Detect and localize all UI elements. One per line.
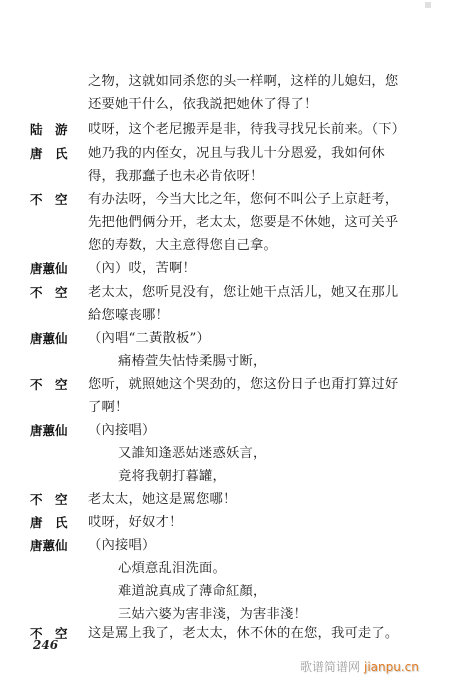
speaker-name: 唐蕙仙 xyxy=(30,329,86,349)
dialogue-text: 哎呀，这个老尼搬弄是非，待我寻找兄长前来。（下） xyxy=(88,120,405,140)
speaker-name: 唐 氏 xyxy=(30,144,86,164)
dialogue-text: （內）哎，苦啊！ xyxy=(88,259,196,279)
dialogue-text: 了啊！ xyxy=(88,398,129,418)
sung-lyric-text: 心煩意乱泪洗面。 xyxy=(118,559,226,579)
dialogue-text: 您听，就照她这个哭劲的，您这份日子也甭打算过好 xyxy=(88,375,398,395)
dialogue-text: 哎呀，好奴才！ xyxy=(88,513,182,533)
dialogue-text: 老太太，您听見没有，您让她干点活儿，她又在那儿 xyxy=(88,283,398,303)
dialogue-text: 还要她干什么，依我説把她休了得了！ xyxy=(88,95,317,115)
sung-lyric-text: 竟将我朝打暮罐， xyxy=(118,467,226,487)
dialogue-text: 您的寿数，大主意得您自己拿。 xyxy=(88,236,277,256)
speaker-name: 不 空 xyxy=(30,375,86,395)
sung-lyric-text: 痛椿萱失怙恃柔腸寸断， xyxy=(118,352,266,372)
dialogue-text: 先把他們俩分开，老太太，您要是不休她，这可关乎 xyxy=(88,213,398,233)
dialogue-text: 得，我那蠢子也未必肯依呀！ xyxy=(88,167,263,187)
dialogue-text: 之物，这就如同杀您的头一样啊，这样的儿媳妇，您 xyxy=(88,72,398,92)
speaker-name: 唐 氏 xyxy=(30,513,86,533)
sung-lyric-text: 又誰知逢恶姑迷惑妖言， xyxy=(118,444,266,464)
watermark-chinese: 歌谱简谱网 xyxy=(300,660,360,674)
dialogue-text: 有办法呀，今当大比之年，您何不叫公子上京赶考， xyxy=(88,190,398,210)
speaker-name: 不 空 xyxy=(30,283,86,303)
speaker-name: 不 空 xyxy=(30,490,86,510)
speaker-name: 陆 游 xyxy=(30,120,86,140)
speaker-name: 唐蕙仙 xyxy=(30,259,86,279)
site-watermark: 歌谱简谱网jianpu.cn xyxy=(300,658,419,675)
speaker-name: 不 空 xyxy=(30,190,86,210)
speaker-name: 唐蕙仙 xyxy=(30,421,86,441)
page-number: 246 xyxy=(33,638,58,652)
dialogue-text: （內唱“二黃散板”） xyxy=(88,329,210,349)
dialogue-text: 她乃我的内侄女，况且与我儿十分恩爱，我如何休 xyxy=(88,144,385,164)
dialogue-text: （內接唱） xyxy=(88,421,155,441)
sung-lyric-text: 三姑六婆为害非淺，为害非淺！ xyxy=(118,605,307,625)
corner-scan-mark xyxy=(425,2,431,8)
dialogue-text: （內接唱） xyxy=(88,536,155,556)
book-page: 之物，这就如同杀您的头一样啊，这样的儿媳妇，您 还要她干什么，依我説把她休了得了… xyxy=(0,0,449,690)
sung-lyric-text: 难道說真成了薄命紅顏， xyxy=(118,582,266,602)
speaker-name: 唐蕙仙 xyxy=(30,536,86,556)
dialogue-text: 这是罵上我了，老太太，休不休的在您，我可走了。 xyxy=(88,624,398,644)
dialogue-text: 老太太，她这是罵您哪！ xyxy=(88,490,236,510)
dialogue-text: 給您嚎丧哪！ xyxy=(88,306,169,326)
watermark-domain: jianpu.cn xyxy=(364,660,419,674)
